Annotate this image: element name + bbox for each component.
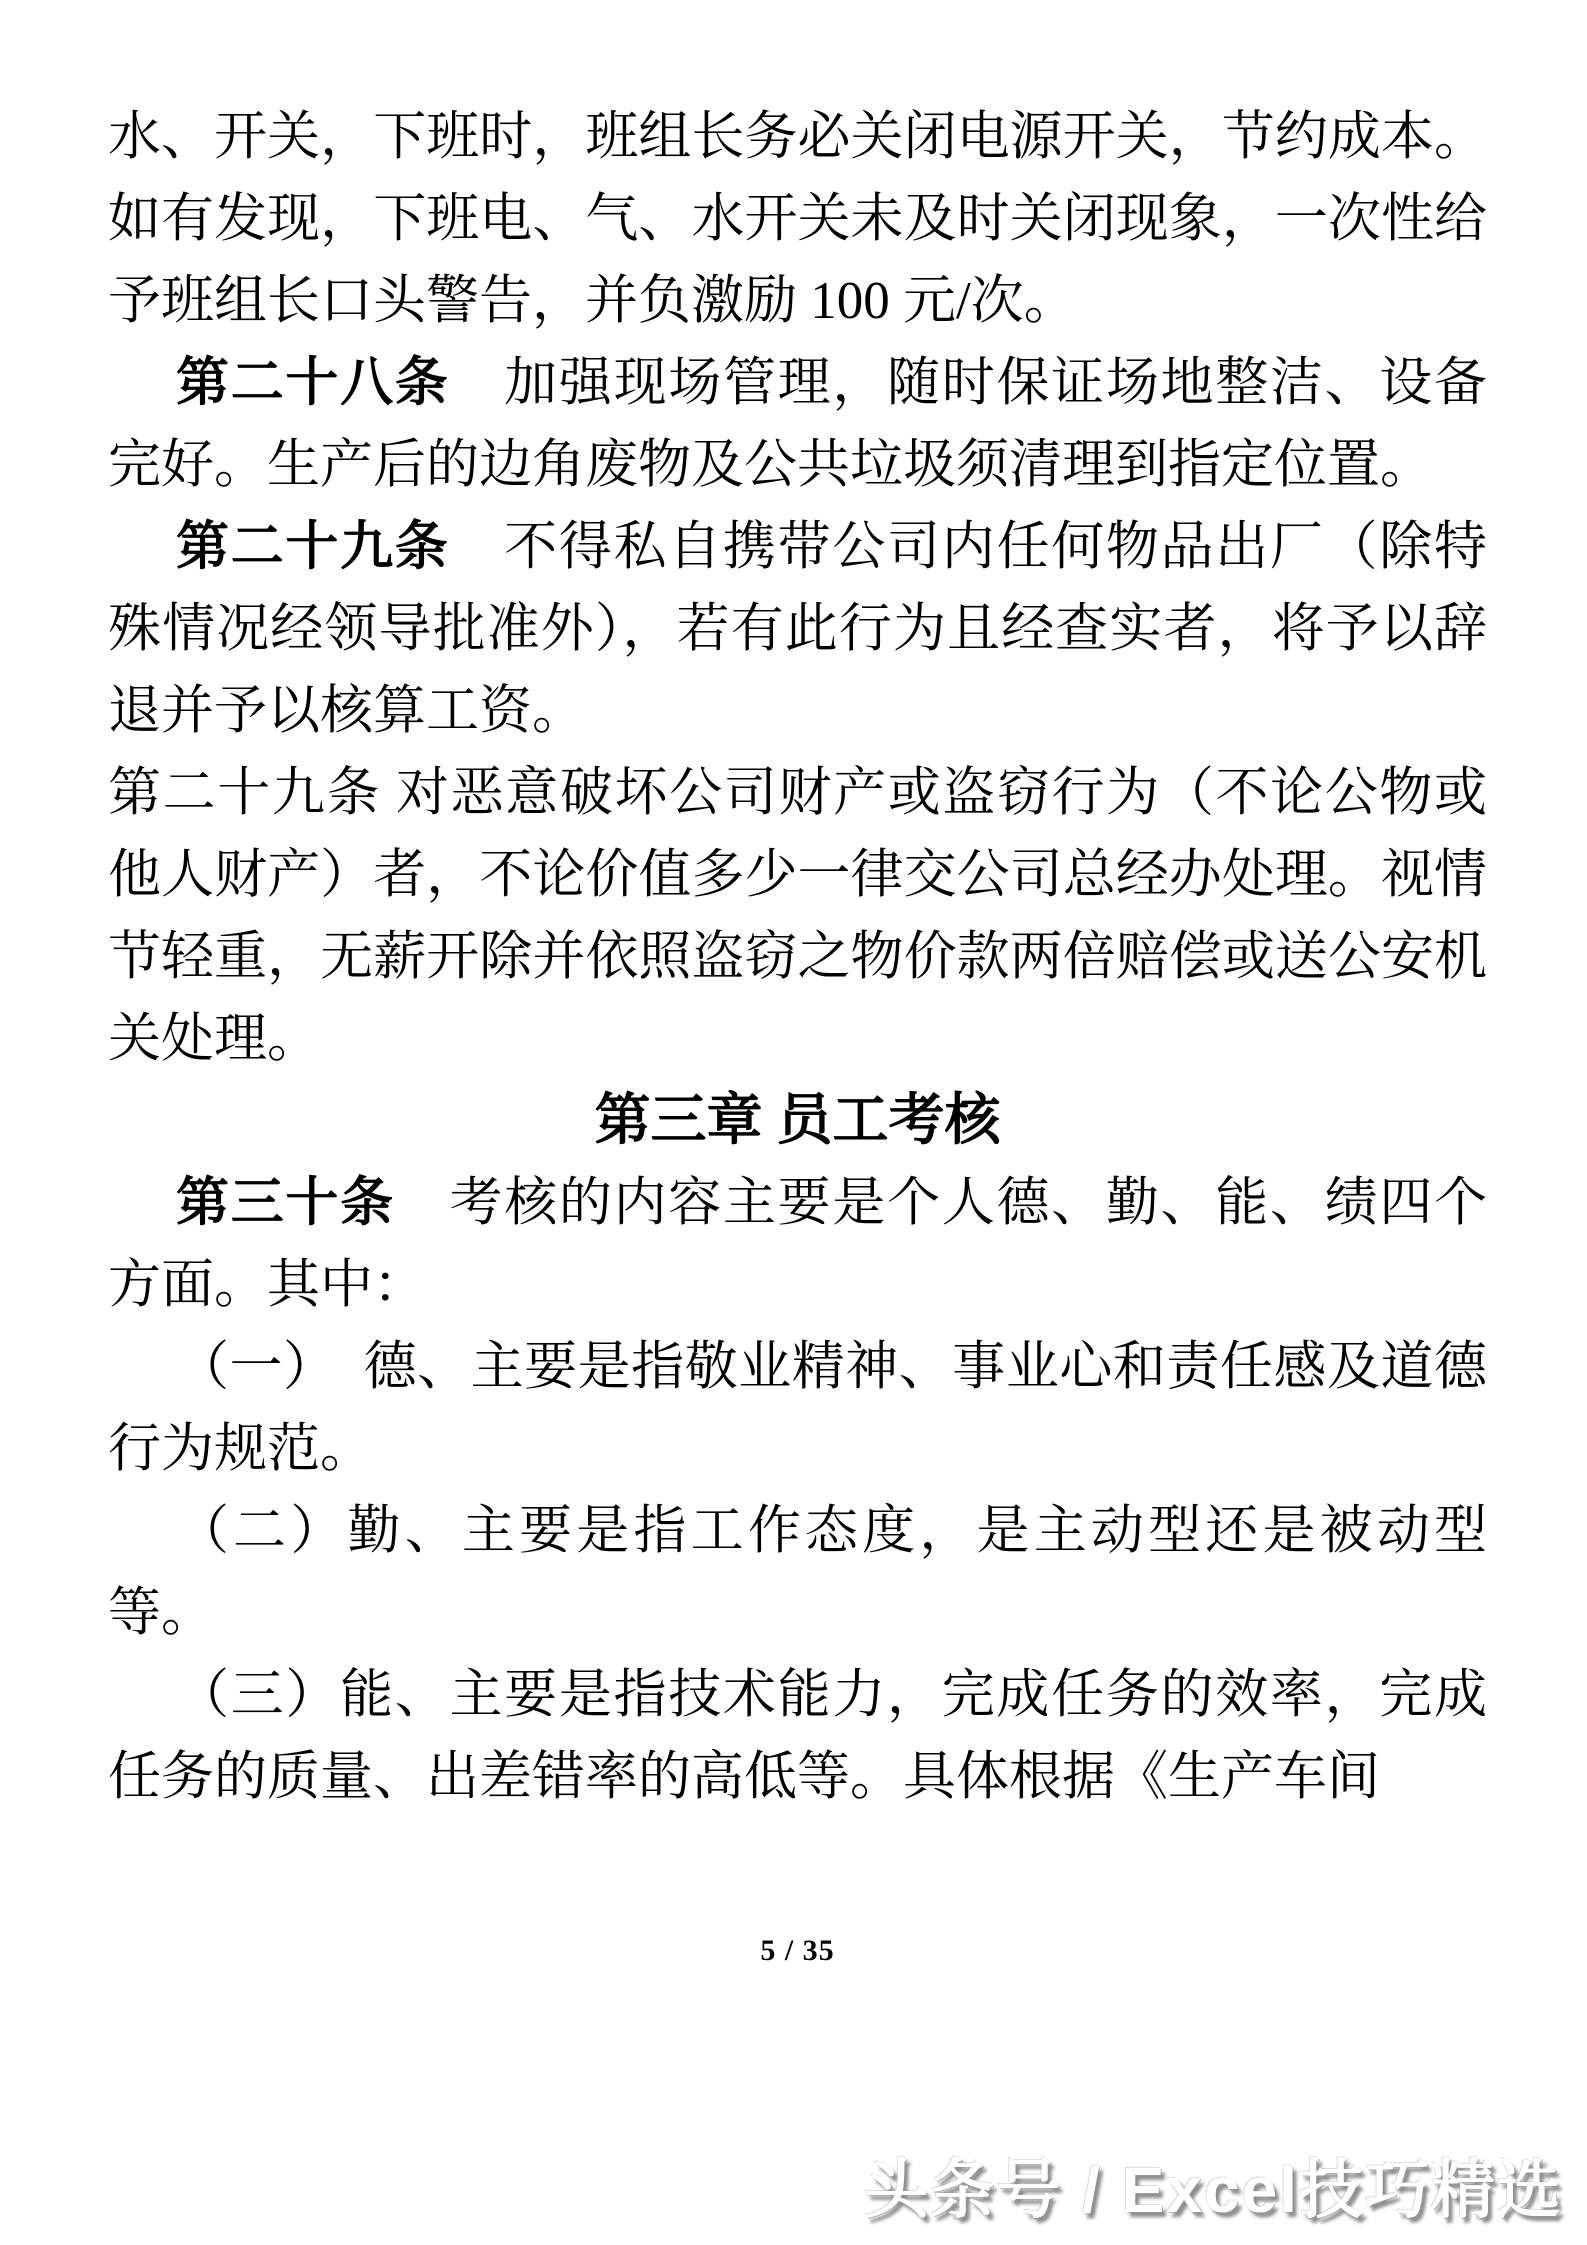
paragraph: 第二十九条 对恶意破坏公司财产或盗窃行为（不论公物或他人财产）者，不论价值多少一… [108, 752, 1487, 1080]
paragraph: 水、开关，下班时，班组长务必关闭电源开关，节约成本。如有发现，下班电、气、水开关… [108, 96, 1487, 342]
paragraph: （一） 德、主要是指敬业精神、事业心和责任感及道德行为规范。 [108, 1326, 1487, 1490]
paragraph: 第二十八条 加强现场管理，随时保证场地整洁、设备完好。生产后的边角废物及公共垃圾… [108, 342, 1487, 506]
paragraph: 第二十九条 不得私自携带公司内任何物品出厂（除特殊情况经领导批准外），若有此行为… [108, 506, 1487, 752]
watermark: 头条号 / Excel技巧精选 [864, 2139, 1563, 2231]
clause-label: 第三章 员工考核 [595, 1090, 1001, 1152]
clause-label: 第二十八条 [176, 354, 449, 412]
paragraph: （二）勤、主要是指工作态度，是主动型还是被动型等。 [108, 1490, 1487, 1654]
chapter-heading: 第三章 员工考核 [108, 1080, 1487, 1162]
text-run: （三）能、主要是指技术能力，完成任务的效率，完成任务的质量、出差错率的高低等。具… [108, 1666, 1487, 1806]
document-body: 水、开关，下班时，班组长务必关闭电源开关，节约成本。如有发现，下班电、气、水开关… [108, 96, 1487, 1818]
text-run: 水、开关，下班时，班组长务必关闭电源开关，节约成本。如有发现，下班电、气、水开关… [108, 108, 1487, 330]
page-number: 5 / 35 [108, 1934, 1487, 1968]
paragraph: （三）能、主要是指技术能力，完成任务的效率，完成任务的质量、出差错率的高低等。具… [108, 1654, 1487, 1818]
document-page: { "page": { "number_label": "5 / 35", "w… [0, 0, 1587, 2245]
text-run: 第二十九条 对恶意破坏公司财产或盗窃行为（不论公物或他人财产）者，不论价值多少一… [108, 764, 1487, 1068]
clause-label: 第三十条 [176, 1174, 395, 1232]
clause-label: 第二十九条 [176, 518, 449, 576]
paragraph: 第三十条 考核的内容主要是个人德、勤、能、绩四个方面。其中： [108, 1162, 1487, 1326]
text-run: （一） 德、主要是指敬业精神、事业心和责任感及道德行为规范。 [108, 1338, 1487, 1478]
text-run: （二）勤、主要是指工作态度，是主动型还是被动型等。 [108, 1502, 1487, 1642]
